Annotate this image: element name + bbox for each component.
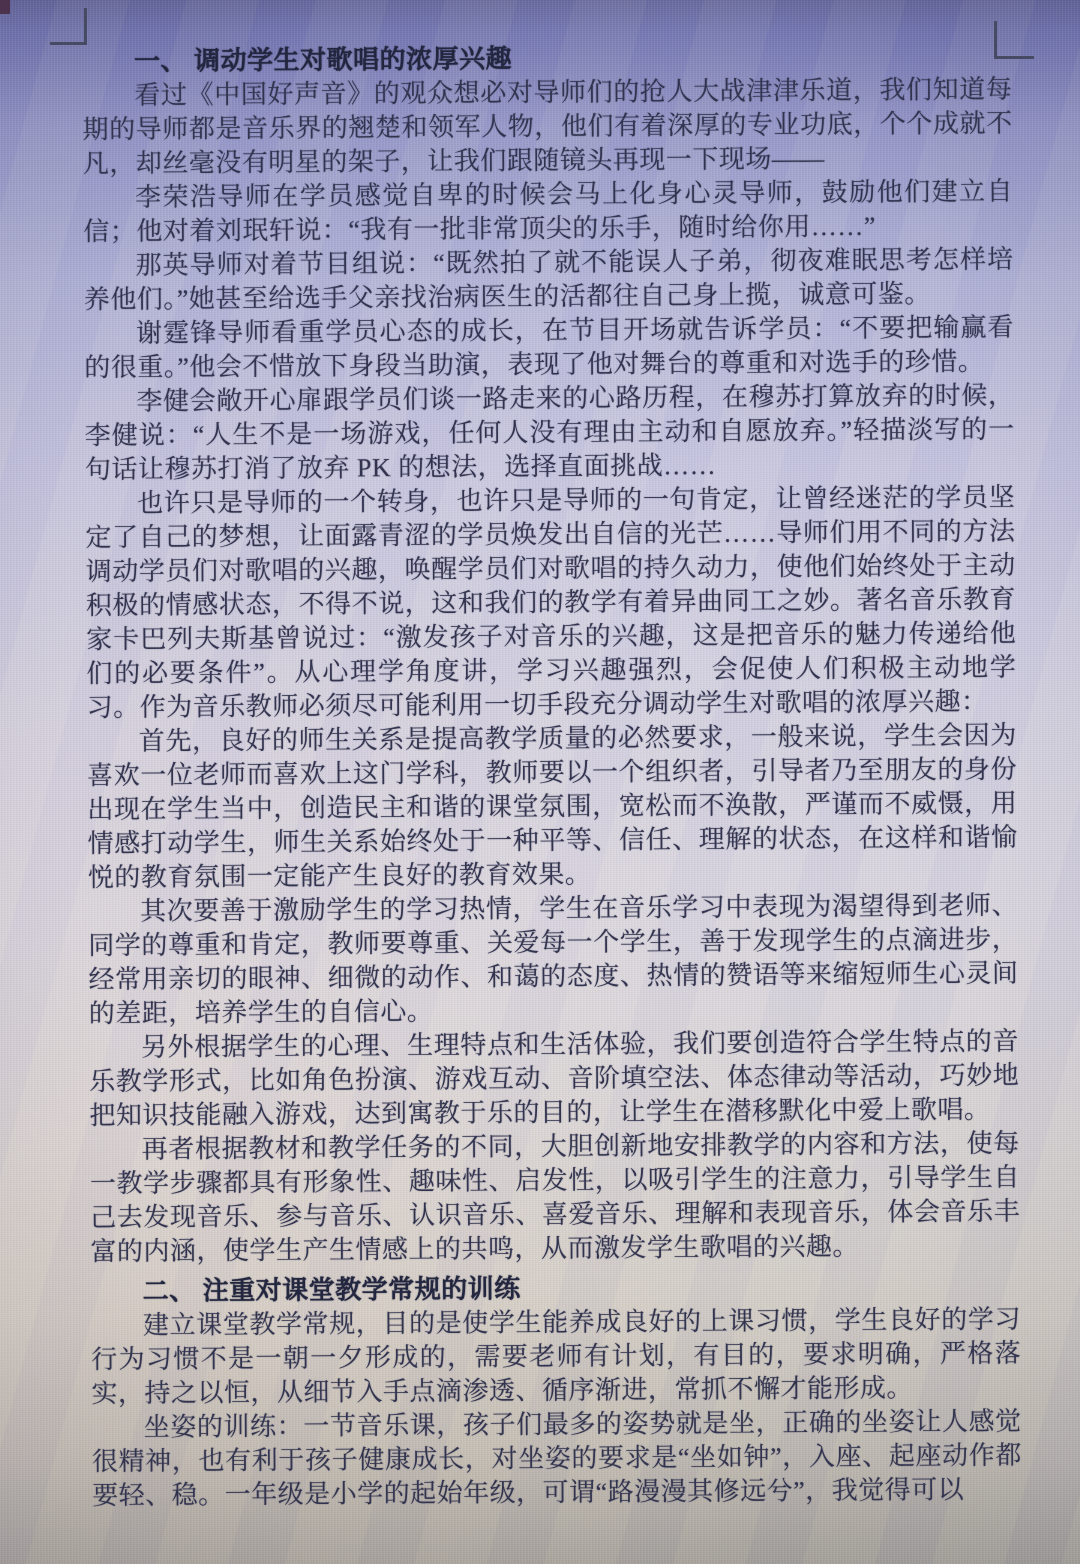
paragraph: 李健会敞开心扉跟学员们谈一路走来的心路历程，在穆苏打算放弃的时候，李健说：“人生… [84,379,1015,487]
paragraph: 另外根据学生的心理、生理特点和生活体验，我们要创造符合学生特点的音乐教学形式，比… [89,1025,1020,1133]
document-page: 一、 调动学生对歌唱的浓厚兴趣 看过《中国好声音》的观众想必对导师们的抢人大战津… [82,39,1022,1513]
paragraph: 坐姿的训练：一节音乐课，孩子们最多的姿势就是坐，正确的坐姿让人感觉很精神，也有利… [92,1405,1023,1513]
paragraph: 首先，良好的师生关系是提高教学质量的必然要求，一般来说，学生会因为喜欢一位老师而… [87,719,1018,895]
crop-mark-top-left-icon [50,8,87,45]
paragraph: 看过《中国好声音》的观众想必对导师们的抢人大战津津乐道，我们知道每期的导师都是音… [82,73,1013,181]
paragraph: 建立课堂教学常规，目的是使学生能养成良好的上课习惯，学生良好的学习行为习惯不是一… [91,1303,1022,1411]
paragraph: 其次要善于激励学生的学习热情，学生在音乐学习中表现为渴望得到老师、同学的尊重和肯… [88,889,1019,1031]
paragraph: 谢霆锋导师看重学员心态的成长，在节目开场就告诉学员：“不要把输赢看的很重。”他会… [84,311,1014,385]
paragraph: 李荣浩导师在学员感觉自卑的时候会马上化身心灵导师，鼓励他们建立自信；他对着刘珉轩… [83,175,1013,249]
photo-edge-artifact [0,0,10,14]
paragraph: 再者根据教材和教学任务的不同，大胆创新地安排教学的内容和方法，使每一教学步骤都具… [90,1127,1021,1269]
photo-background: 一、 调动学生对歌唱的浓厚兴趣 看过《中国好声音》的观众想必对导师们的抢人大战津… [0,0,1080,1564]
paragraph: 也许只是导师的一个转身，也许只是导师的一句肯定，让曾经迷茫的学员坚定了自己的梦想… [85,481,1017,725]
paragraph: 那英导师对着节目组说：“既然拍了就不能误人子弟，彻夜难眠思考怎样培养他们。”她甚… [83,243,1013,317]
